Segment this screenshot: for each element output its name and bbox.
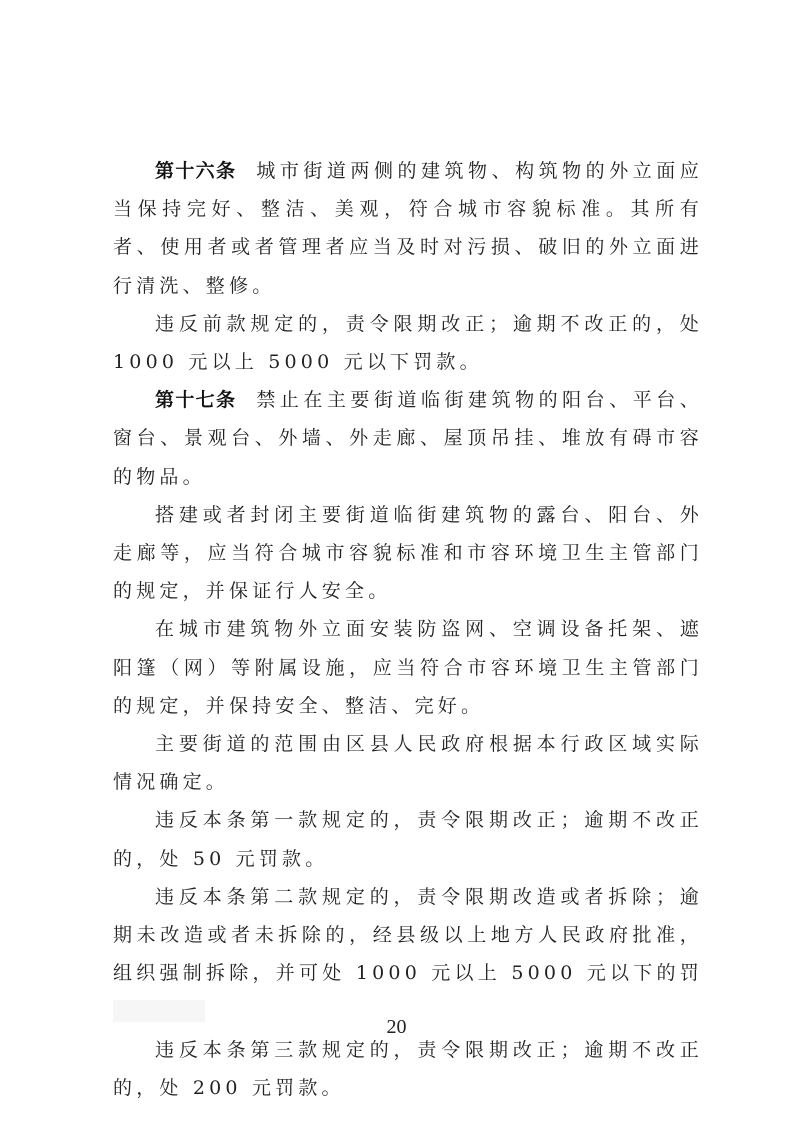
article-16-paragraph: 第十六条城市街道两侧的建筑物、构筑物的外立面应当保持完好、整洁、美观，符合城市容… (113, 152, 703, 305)
article-17-clause-4-paragraph: 主要街道的范围由区县人民政府根据本行政区域实际情况确定。 (113, 725, 703, 801)
paragraph-text: 主要街道的范围由区县人民政府根据本行政区域实际情况确定。 (113, 733, 703, 793)
paragraph-text: 在城市建筑物外立面安装防盗网、空调设备托架、遮阳篷（网）等附属设施，应当符合市容… (113, 618, 703, 716)
paragraph-text: 违反本条第一款规定的，责令限期改正；逾期不改正的，处 50 元罚款。 (113, 809, 703, 869)
article-17-paragraph: 第十七条禁止在主要街道临街建筑物的阳台、平台、窗台、景观台、外墙、外走廊、屋顶吊… (113, 381, 703, 496)
article-17-penalty-3-paragraph: 违反本条第三款规定的，责令限期改正；逾期不改正的，处 200 元罚款。 (113, 1031, 703, 1107)
article-17-penalty-1-paragraph: 违反本条第一款规定的，责令限期改正；逾期不改正的，处 50 元罚款。 (113, 801, 703, 877)
article-17-clause-3-paragraph: 在城市建筑物外立面安装防盗网、空调设备托架、遮阳篷（网）等附属设施，应当符合市容… (113, 610, 703, 725)
page-number: 20 (0, 1016, 793, 1039)
article-16-penalty-paragraph: 违反前款规定的，责令限期改正；逾期不改正的，处 1000 元以上 5000 元以… (113, 305, 703, 381)
article-17-title: 第十七条 (155, 389, 236, 411)
document-body: 第十六条城市街道两侧的建筑物、构筑物的外立面应当保持完好、整洁、美观，符合城市容… (113, 152, 703, 1107)
paragraph-text: 违反前款规定的，责令限期改正；逾期不改正的，处 1000 元以上 5000 元以… (113, 313, 703, 373)
paragraph-text: 搭建或者封闭主要街道临街建筑物的露台、阳台、外走廊等，应当符合城市容貌标准和市容… (113, 504, 703, 602)
article-17-clause-2-paragraph: 搭建或者封闭主要街道临街建筑物的露台、阳台、外走廊等，应当符合城市容貌标准和市容… (113, 496, 703, 611)
paragraph-text: 违反本条第三款规定的，责令限期改正；逾期不改正的，处 200 元罚款。 (113, 1039, 703, 1099)
article-16-title: 第十六条 (155, 160, 236, 182)
